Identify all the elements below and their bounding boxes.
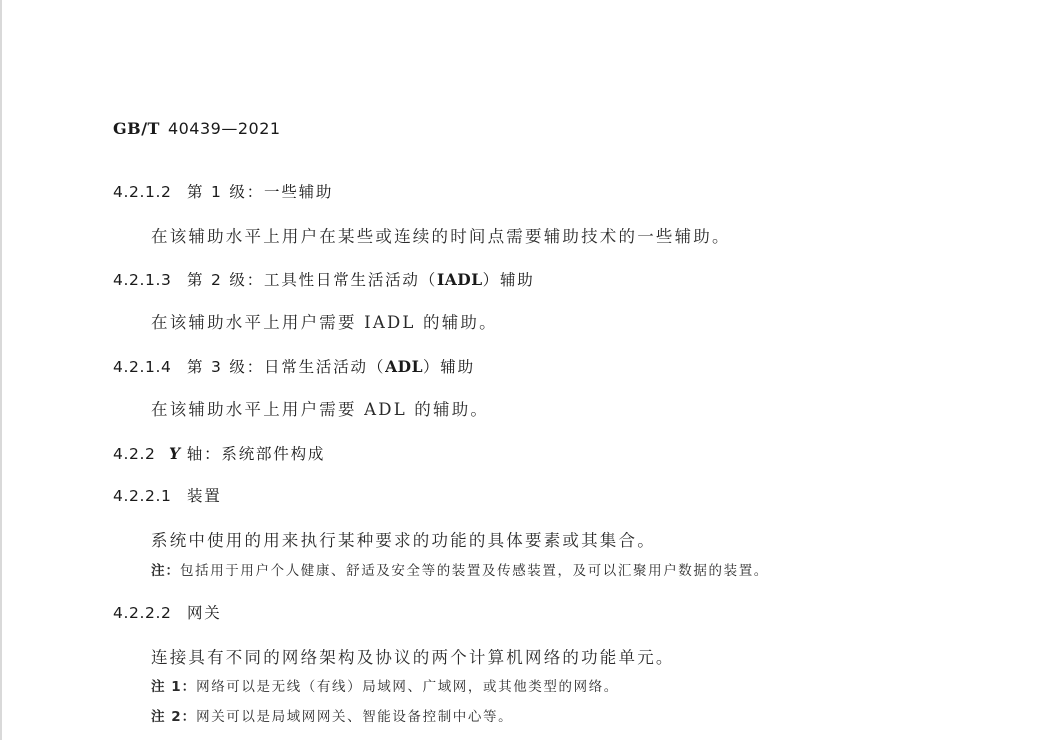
section-title: 第 1 级：一些辅助 bbox=[187, 183, 333, 201]
note-text: 网关可以是局域网网关、智能设备控制中心等。 bbox=[196, 709, 513, 725]
section-number: 4.2.2 bbox=[113, 447, 169, 463]
section-title-pre: 第 3 级：日常生活活动（ bbox=[187, 358, 385, 376]
section-body-4-2-1-3: 在该辅助水平上用户需要 IADL 的辅助。 bbox=[151, 315, 498, 332]
section-number: 4.2.1.2 bbox=[113, 185, 187, 201]
note-label: 注 2： bbox=[151, 709, 196, 725]
section-title-pre: 第 2 级：工具性日常生活活动（ bbox=[187, 271, 437, 289]
section-number: 4.2.2.2 bbox=[113, 606, 187, 622]
section-title-axis: Y bbox=[169, 444, 180, 463]
section-heading-4-2-1-2: 4.2.1.2第 1 级：一些辅助 bbox=[113, 185, 333, 201]
note-text: 网络可以是无线（有线）局域网、广域网，或其他类型的网络。 bbox=[196, 679, 619, 695]
section-body-4-2-1-4: 在该辅助水平上用户需要 ADL 的辅助。 bbox=[151, 402, 489, 419]
section-body-4-2-2-1: 系统中使用的用来执行某种要求的功能的具体要素或其集合。 bbox=[151, 533, 656, 550]
page-left-border bbox=[0, 0, 2, 740]
note-text: 包括用于用户个人健康、舒适及安全等的装置及传感装置，及可以汇聚用户数据的装置。 bbox=[180, 563, 769, 579]
section-number: 4.2.1.4 bbox=[113, 360, 187, 376]
note-2-4-2-2-2: 注 2：网关可以是局域网网关、智能设备控制中心等。 bbox=[151, 711, 513, 725]
section-heading-4-2-2: 4.2.2Y 轴：系统部件构成 bbox=[113, 446, 325, 463]
standard-number: 40439—2021 bbox=[168, 119, 281, 138]
section-number: 4.2.1.3 bbox=[113, 273, 187, 289]
standard-prefix: GB/T bbox=[113, 119, 160, 138]
section-body-4-2-2-2: 连接具有不同的网络架构及协议的两个计算机网络的功能单元。 bbox=[151, 650, 675, 667]
section-title-post: 轴：系统部件构成 bbox=[180, 445, 325, 463]
section-title-abbr: IADL bbox=[437, 270, 483, 289]
note-label: 注 1： bbox=[151, 679, 196, 695]
note-label: 注： bbox=[151, 563, 180, 579]
section-heading-4-2-1-3: 4.2.1.3第 2 级：工具性日常生活活动（IADL）辅助 bbox=[113, 272, 535, 289]
section-body-4-2-1-2: 在该辅助水平上用户在某些或连续的时间点需要辅助技术的一些辅助。 bbox=[151, 229, 731, 246]
note-1-4-2-2-2: 注 1：网络可以是无线（有线）局域网、广域网，或其他类型的网络。 bbox=[151, 681, 619, 695]
section-title-post: ）辅助 bbox=[423, 358, 475, 376]
section-title-post: ）辅助 bbox=[483, 271, 535, 289]
section-title: 装置 bbox=[187, 487, 222, 505]
section-heading-4-2-2-2: 4.2.2.2网关 bbox=[113, 606, 222, 622]
section-heading-4-2-2-1: 4.2.2.1装置 bbox=[113, 489, 222, 505]
section-title-abbr: ADL bbox=[385, 357, 423, 376]
standard-code: GB/T40439—2021 bbox=[113, 121, 281, 137]
section-heading-4-2-1-4: 4.2.1.4第 3 级：日常生活活动（ADL）辅助 bbox=[113, 359, 475, 376]
section-number: 4.2.2.1 bbox=[113, 489, 187, 505]
note-4-2-2-1: 注：包括用于用户个人健康、舒适及安全等的装置及传感装置，及可以汇聚用户数据的装置… bbox=[151, 565, 769, 579]
section-title: 网关 bbox=[187, 604, 222, 622]
